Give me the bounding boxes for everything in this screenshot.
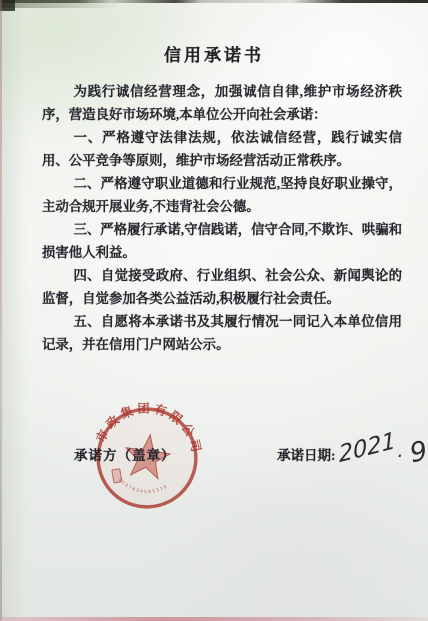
paragraph-intro: 为践行诚信经营理念，加强诚信自律,维护市场经济秩序，营造良好市场环境,本单位公开… <box>42 80 402 126</box>
handwritten-date-year: 2021 <box>338 428 397 469</box>
handwritten-date-dot-1: . <box>398 440 404 462</box>
handwritten-date: 2021.9.8 <box>338 431 428 462</box>
handwritten-date-month: 9 <box>407 436 428 470</box>
document-title: 信用承诺书 <box>0 41 428 66</box>
scan-edge-top-left <box>0 3 118 8</box>
scan-edge-bottom <box>0 617 428 621</box>
paragraph-item-3: 三、严格履行承诺,守信践诺，信守合同,不欺诈、哄骗和损害他人利益。 <box>42 218 402 264</box>
scan-edge-top-corner <box>0 0 15 11</box>
scanned-document-page: 信用承诺书 为践行诚信经营理念，加强诚信自律,维护市场经济秩序，营造良好市场环境… <box>0 0 428 621</box>
paragraph-item-1: 一、严格遵守法律法规，依法诚信经营，践行诚实信用、公平竞争等原则，维护市场经营活… <box>42 126 402 172</box>
paragraph-item-2: 二、严格遵守职业道德和行业规范,坚持良好职业操守，主动合规开展业务,不违背社会公… <box>42 172 402 218</box>
paragraph-item-5: 五、自愿将本承诺书及其履行情况一同记入本单位信用记录，并在信用门户网站公示。 <box>42 310 402 356</box>
signer-label: 承诺方（盖章） <box>74 444 176 464</box>
scan-edge-left <box>0 0 2 621</box>
document-body: 为践行诚信经营理念，加强诚信自律,维护市场经济秩序，营造良好市场环境,本单位公开… <box>42 80 402 356</box>
date-label: 承诺日期: <box>277 444 336 464</box>
paragraph-item-4: 四、自觉接受政府、行业组织、社会公众、新闻舆论的监督，自觉参加各类公益活动,积极… <box>42 264 402 310</box>
scan-shadow-left <box>0 0 28 621</box>
